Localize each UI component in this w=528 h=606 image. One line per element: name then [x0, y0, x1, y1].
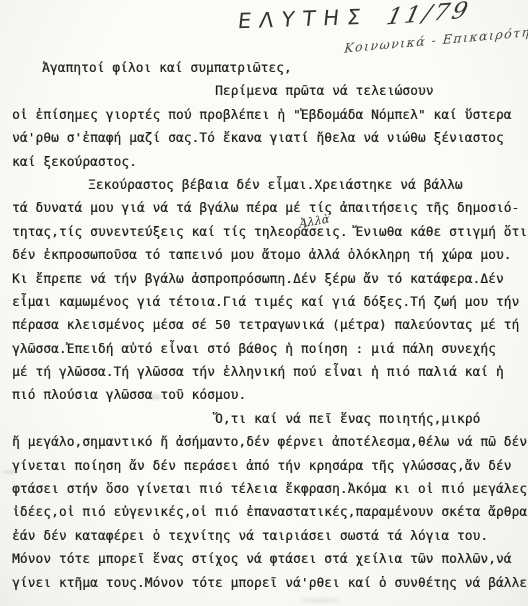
scanned-letter-page: ΕΛΥΤΗΣ 11/79 Κοινωνικά - Επικαιρότης Ἀλλ…	[0, 0, 528, 606]
letter-line: ἐάν δέν καταφέρει ὁ τεχνίτης νά ταιριάσε…	[0, 525, 528, 548]
letter-line: οἱ ἐπίσημες γιορτές πού προβλέπει ἡ "Ἑβδ…	[0, 104, 528, 127]
letter-line: ἰδέες,οἱ πιό εὐγενικές,οἱ πιό ἐπαναστατι…	[0, 501, 528, 524]
letter-line: καί ξεκούραστος.	[0, 151, 528, 174]
scan-smudge	[300, 598, 340, 603]
letter-body: Ἀγαπητοί φίλοι καί συμπατριῶτες, Περίμεν…	[0, 57, 528, 595]
letter-line: τά δυνατά μου γιά νά τά βγάλω πέρα μέ τί…	[0, 197, 528, 220]
letter-line: Κι ἔπρεπε νά τήν βγάλω ἀσπροπρόσωπη.Δέν …	[0, 268, 528, 291]
handwritten-category-note: Κοινωνικά - Επικαιρότης	[344, 23, 528, 55]
letter-line: γίνεται ποίηση ἄν δέν περάσει ἀπό τήν κρ…	[0, 455, 528, 478]
letter-line: γλῶσσα.Ἐπειδή αὐτό εἶναι στό βάθος ἡ ποί…	[0, 338, 528, 361]
letter-line: Περίμενα πρῶτα νά τελειώσουν	[0, 80, 528, 103]
letter-line: Ὅ,τι καί νά πεῖ ἕνας ποιητής,μικρό	[0, 408, 528, 431]
handwritten-author-name: ΕΛΥΤΗΣ	[237, 5, 370, 34]
letter-line: Μόνον τότε μπορεῖ ἕνας στίχος νά φτάσει …	[0, 548, 528, 571]
letter-line: ἤ μεγάλο,σημαντικό ἤ ἀσήμαντο,δέν φέρνει…	[0, 431, 528, 454]
letter-line: εἶμαι καμωμένος γιά τέτοια.Γιά τιμές καί…	[0, 291, 528, 314]
handwritten-date: 11/79	[384, 0, 473, 30]
letter-salutation: Ἀγαπητοί φίλοι καί συμπατριῶτες,	[0, 57, 528, 80]
letter-line: δέν ἐκπροσωποῦσα τό ταπεινό μου ἄτομο ἀλ…	[0, 244, 528, 267]
letter-line: γίνει κτῆμα τους.Μόνον τότε μπορεῖ νά'ρθ…	[0, 572, 528, 595]
letter-line: πιό πλούσια γλῶσσα τοῦ κόσμου.	[0, 384, 528, 407]
letter-line: τητας,τίς συνεντεύξεις καί τίς τηλεοράσε…	[0, 221, 528, 244]
letter-line: πέρασα κλεισμένος μέσα σέ 50 τετραγωνικά…	[0, 314, 528, 337]
letter-line: μέ τή γλῶσσα.Τή γλῶσσα τήν ἑλληνική πού …	[0, 361, 528, 384]
letter-line: νά'ρθω σ'ἐπαφή μαζί σας.Τό ἔκανα γιατί ἤ…	[0, 127, 528, 150]
letter-line: φτάσει στήν ὅσο γίνεται πιό τέλεια ἔκφρα…	[0, 478, 528, 501]
letter-line: Ξεκούραστος βέβαια δέν εἶμαι.Χρειάστηκε …	[0, 174, 528, 197]
